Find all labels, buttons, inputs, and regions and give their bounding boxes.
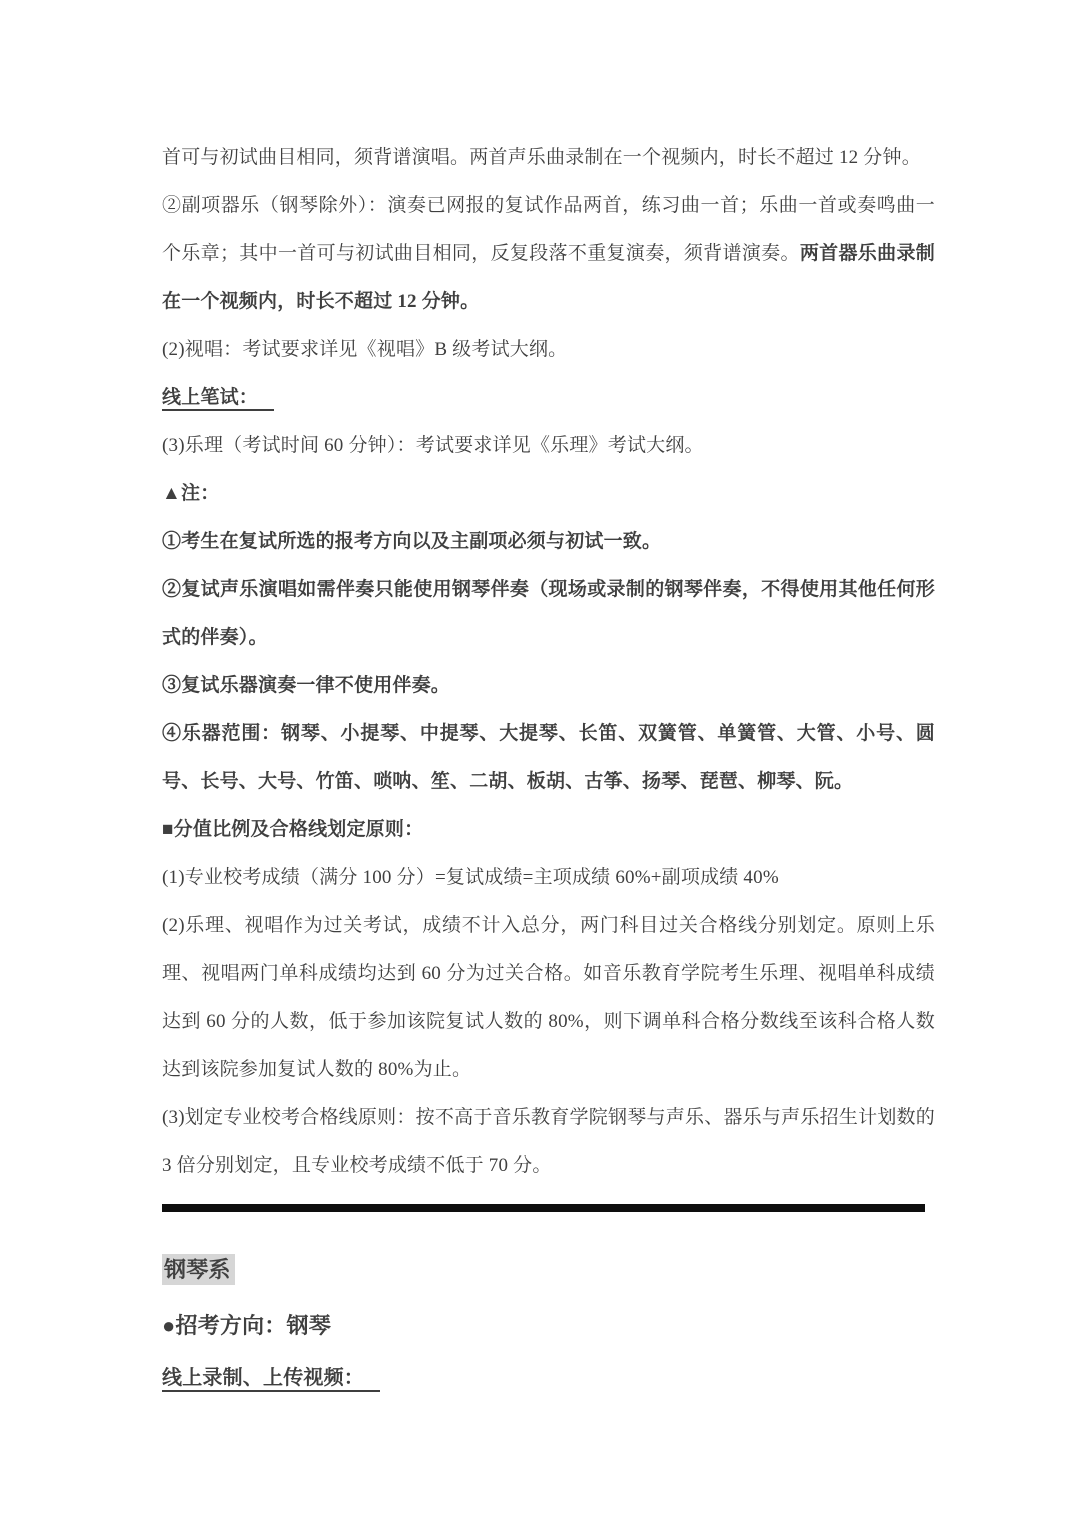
paragraph: ③复试乐器演奏一律不使用伴奏。 — [162, 662, 935, 710]
document-page: 首可与初试曲目相同，须背谱演唱。两首声乐曲录制在一个视频内，时长不超过 12 分… — [0, 0, 1080, 1527]
text-run: 首可与初试曲目相同，须背谱演唱。两首声乐曲录制在一个视频内，时长不超过 12 分… — [162, 147, 921, 168]
text-run: ④乐器范围：钢琴、小提琴、中提琴、大提琴、长笛、双簧管、单簧管、大管、小号、圆号… — [162, 723, 935, 792]
text-run: ●招考方向：钢琴 — [162, 1313, 331, 1338]
paragraph: (2)乐理、视唱作为过关考试，成绩不计入总分，两门科目过关合格线分别划定。原则上… — [162, 902, 935, 1094]
paragraph: 线上笔试： — [162, 374, 935, 422]
text-run: (3)划定专业校考合格线原则：按不高于音乐教育学院钢琴与声乐、器乐与声乐招生计划… — [162, 1107, 935, 1176]
paragraph: ▲注： — [162, 470, 935, 518]
paragraph: (2)视唱：考试要求详见《视唱》B 级考试大纲。 — [162, 326, 935, 374]
text-run: ▲注： — [162, 483, 219, 504]
text-run: 线上笔试： — [162, 387, 274, 411]
text-run: (2)乐理、视唱作为过关考试，成绩不计入总分，两门科目过关合格线分别划定。原则上… — [162, 915, 935, 1080]
paragraph: ■分值比例及合格线划定原则： — [162, 806, 935, 854]
text-run: (2)视唱：考试要求详见《视唱》B 级考试大纲。 — [162, 339, 567, 360]
paragraph: ①考生在复试所选的报考方向以及主副项必须与初试一致。 — [162, 518, 935, 566]
paragraph: ④乐器范围：钢琴、小提琴、中提琴、大提琴、长笛、双簧管、单簧管、大管、小号、圆号… — [162, 710, 935, 806]
text-run: ■分值比例及合格线划定原则： — [162, 819, 423, 840]
paragraph: (1)专业校考成绩（满分 100 分）=复试成绩=主项成绩 60%+副项成绩 4… — [162, 854, 935, 902]
paragraph: (3)划定专业校考合格线原则：按不高于音乐教育学院钢琴与声乐、器乐与声乐招生计划… — [162, 1094, 935, 1190]
paragraph: ②副项器乐（钢琴除外）：演奏已网报的复试作品两首，练习曲一首；乐曲一首或奏鸣曲一… — [162, 182, 935, 326]
text-run: 钢琴系 — [162, 1254, 235, 1285]
bullet-heading: ●招考方向：钢琴 — [162, 1302, 935, 1350]
paragraph: 首可与初试曲目相同，须背谱演唱。两首声乐曲录制在一个视频内，时长不超过 12 分… — [162, 134, 935, 182]
paragraph: ②复试声乐演唱如需伴奏只能使用钢琴伴奏（现场或录制的钢琴伴奏，不得使用其他任何形… — [162, 566, 935, 662]
text-run: (3)乐理（考试时间 60 分钟）：考试要求详见《乐理》考试大纲。 — [162, 435, 704, 456]
section-divider — [162, 1204, 925, 1212]
text-run: ①考生在复试所选的报考方向以及主副项必须与初试一致。 — [162, 531, 661, 552]
underline-heading: 线上录制、上传视频： — [162, 1354, 935, 1402]
text-run: (1)专业校考成绩（满分 100 分）=复试成绩=主项成绩 60%+副项成绩 4… — [162, 867, 779, 888]
text-run: 线上录制、上传视频： — [162, 1367, 380, 1392]
paragraph: (3)乐理（考试时间 60 分钟）：考试要求详见《乐理》考试大纲。 — [162, 422, 935, 470]
text-run: ③复试乐器演奏一律不使用伴奏。 — [162, 675, 450, 696]
section-title: 钢琴系 — [162, 1249, 935, 1291]
document-content: 首可与初试曲目相同，须背谱演唱。两首声乐曲录制在一个视频内，时长不超过 12 分… — [162, 134, 935, 1402]
text-run: ②复试声乐演唱如需伴奏只能使用钢琴伴奏（现场或录制的钢琴伴奏，不得使用其他任何形… — [162, 579, 935, 648]
